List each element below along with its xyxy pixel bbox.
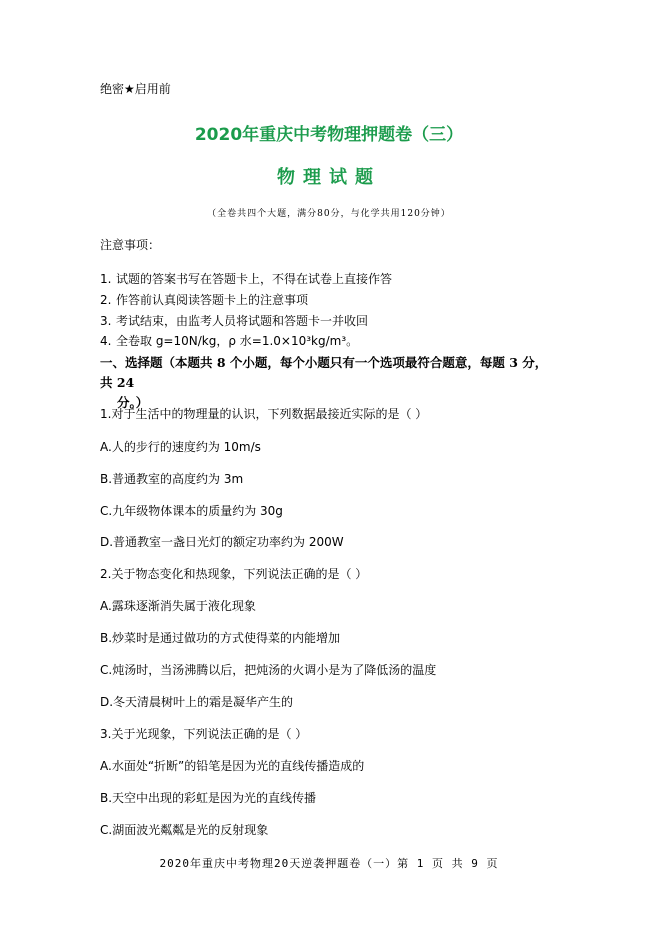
question-option: C.炖汤时，当汤沸腾以后，把炖汤的火调小是为了降低汤的温度: [100, 661, 436, 678]
question-option: D.冬天清晨树叶上的霜是凝华产生的: [100, 693, 293, 710]
exam-title: 2020年重庆中考物理押题卷（三）: [0, 120, 658, 145]
question-option: B.炒菜时是通过做功的方式使得菜的内能增加: [100, 629, 340, 646]
notice-number: 4.: [100, 334, 116, 348]
question-option: C.湖面波光粼粼是光的反射现象: [100, 821, 268, 838]
section-heading-line1: 一、选择题（本题共 8 个小题，每个小题只有一个选项最符合题意，每题 3 分，共…: [100, 355, 547, 390]
question-option: D.普通教室一盏日光灯的额定功率约为 200W: [100, 533, 344, 550]
question-option: B.普通教室的高度约为 3m: [100, 470, 243, 487]
notice-item: 1.试题的答案书写在答题卡上，不得在试卷上直接作答: [100, 270, 392, 287]
question-option: C.九年级物体课本的质量约为 30g: [100, 502, 283, 519]
document-page: 绝密★启用前 2020年重庆中考物理押题卷（三） 物理试题 （全卷共四个大题，满…: [0, 0, 658, 932]
section-heading: 一、选择题（本题共 8 个小题，每个小题只有一个选项最符合题意，每题 3 分，共…: [100, 353, 552, 413]
question-option: B.天空中出现的彩虹是因为光的直线传播: [100, 789, 316, 806]
page-footer: 2020年重庆中考物理20天逆袭押题卷（一）第 1 页 共 9 页: [0, 855, 658, 871]
notice-number: 3.: [100, 314, 116, 328]
notice-text: 作答前认真阅读答题卡上的注意事项: [116, 293, 308, 307]
notice-item: 2.作答前认真阅读答题卡上的注意事项: [100, 291, 308, 308]
secret-label: 绝密★启用前: [100, 80, 171, 97]
notice-item: 3.考试结束，由监考人员将试题和答题卡一并收回: [100, 312, 368, 329]
question-stem: 1.对于生活中的物理量的认识，下列数据最接近实际的是（ ）: [100, 405, 427, 422]
exam-info: （全卷共四个大题，满分80分，与化学共用120分钟）: [0, 206, 658, 219]
notice-number: 1.: [100, 272, 116, 286]
notice-text: 试题的答案书写在答题卡上，不得在试卷上直接作答: [116, 272, 392, 286]
question-option: A.水面处“折断”的铅笔是因为光的直线传播造成的: [100, 757, 364, 774]
notice-item: 4.全卷取 g=10N/kg，ρ 水=1.0×10³kg/m³。: [100, 332, 358, 349]
question-stem: 2.关于物态变化和热现象，下列说法正确的是（ ）: [100, 565, 367, 582]
exam-subtitle: 物理试题: [0, 163, 658, 189]
question-option: A.露珠逐渐消失属于液化现象: [100, 597, 256, 614]
notice-text: 考试结束，由监考人员将试题和答题卡一并收回: [116, 314, 368, 328]
notice-number: 2.: [100, 293, 116, 307]
question-option: A.人的步行的速度约为 10m/s: [100, 438, 261, 455]
question-stem: 3.关于光现象，下列说法正确的是（ ）: [100, 725, 307, 742]
notice-text: 全卷取 g=10N/kg，ρ 水=1.0×10³kg/m³。: [116, 334, 358, 348]
notice-heading: 注意事项：: [100, 236, 160, 253]
